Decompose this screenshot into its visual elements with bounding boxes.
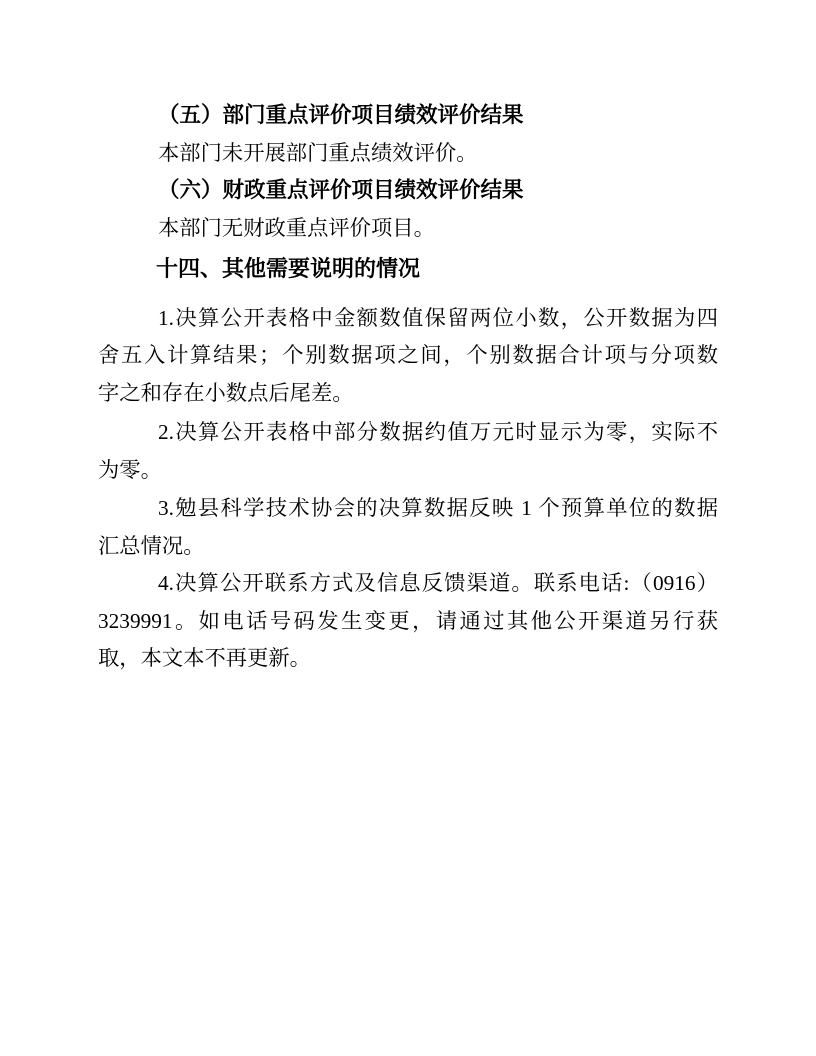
document-content: （五）部门重点评价项目绩效评价结果 本部门未开展部门重点绩效评价。 （六）财政重… <box>98 97 718 678</box>
text-line: 取，本文本不再更新。 <box>98 640 718 678</box>
heading-finance-key-eval-results: （六）财政重点评价项目绩效评价结果 <box>98 172 718 210</box>
text-line: 3239991。如电话号码发生变更，请通过其他公开渠道另行获 <box>98 603 718 641</box>
para-no-finance-eval: 本部门无财政重点评价项目。 <box>98 210 718 248</box>
text-line: 汇总情况。 <box>98 528 718 566</box>
note-paragraph-3: 3.勉县科学技术协会的决算数据反映 1 个预算单位的数据 汇总情况。 <box>98 490 718 565</box>
text-line: 1.决算公开表格中金额数值保留两位小数，公开数据为四 <box>98 300 718 338</box>
heading-dept-key-eval-results: （五）部门重点评价项目绩效评价结果 <box>98 97 718 135</box>
text-line: 字之和存在小数点后尾差。 <box>98 375 718 413</box>
note-paragraph-4: 4.决算公开联系方式及信息反馈渠道。联系电话:（0916） 3239991。如电… <box>98 565 718 678</box>
text-line: 为零。 <box>98 452 718 490</box>
note-paragraph-2: 2.决算公开表格中部分数据约值万元时显示为零，实际不 为零。 <box>98 414 718 489</box>
text-line: 3.勉县科学技术协会的决算数据反映 1 个预算单位的数据 <box>98 490 718 528</box>
note-paragraph-1: 1.决算公开表格中金额数值保留两位小数，公开数据为四 舍五入计算结果；个别数据项… <box>98 300 718 413</box>
para-no-dept-eval: 本部门未开展部门重点绩效评价。 <box>98 135 718 173</box>
heading-other-notes: 十四、其他需要说明的情况 <box>98 250 718 288</box>
text-line: 4.决算公开联系方式及信息反馈渠道。联系电话:（0916） <box>98 565 718 603</box>
text-line: 舍五入计算结果；个别数据项之间，个别数据合计项与分项数 <box>98 337 718 375</box>
text-line: 2.决算公开表格中部分数据约值万元时显示为零，实际不 <box>98 414 718 452</box>
document-page: （五）部门重点评价项目绩效评价结果 本部门未开展部门重点绩效评价。 （六）财政重… <box>0 0 816 1056</box>
